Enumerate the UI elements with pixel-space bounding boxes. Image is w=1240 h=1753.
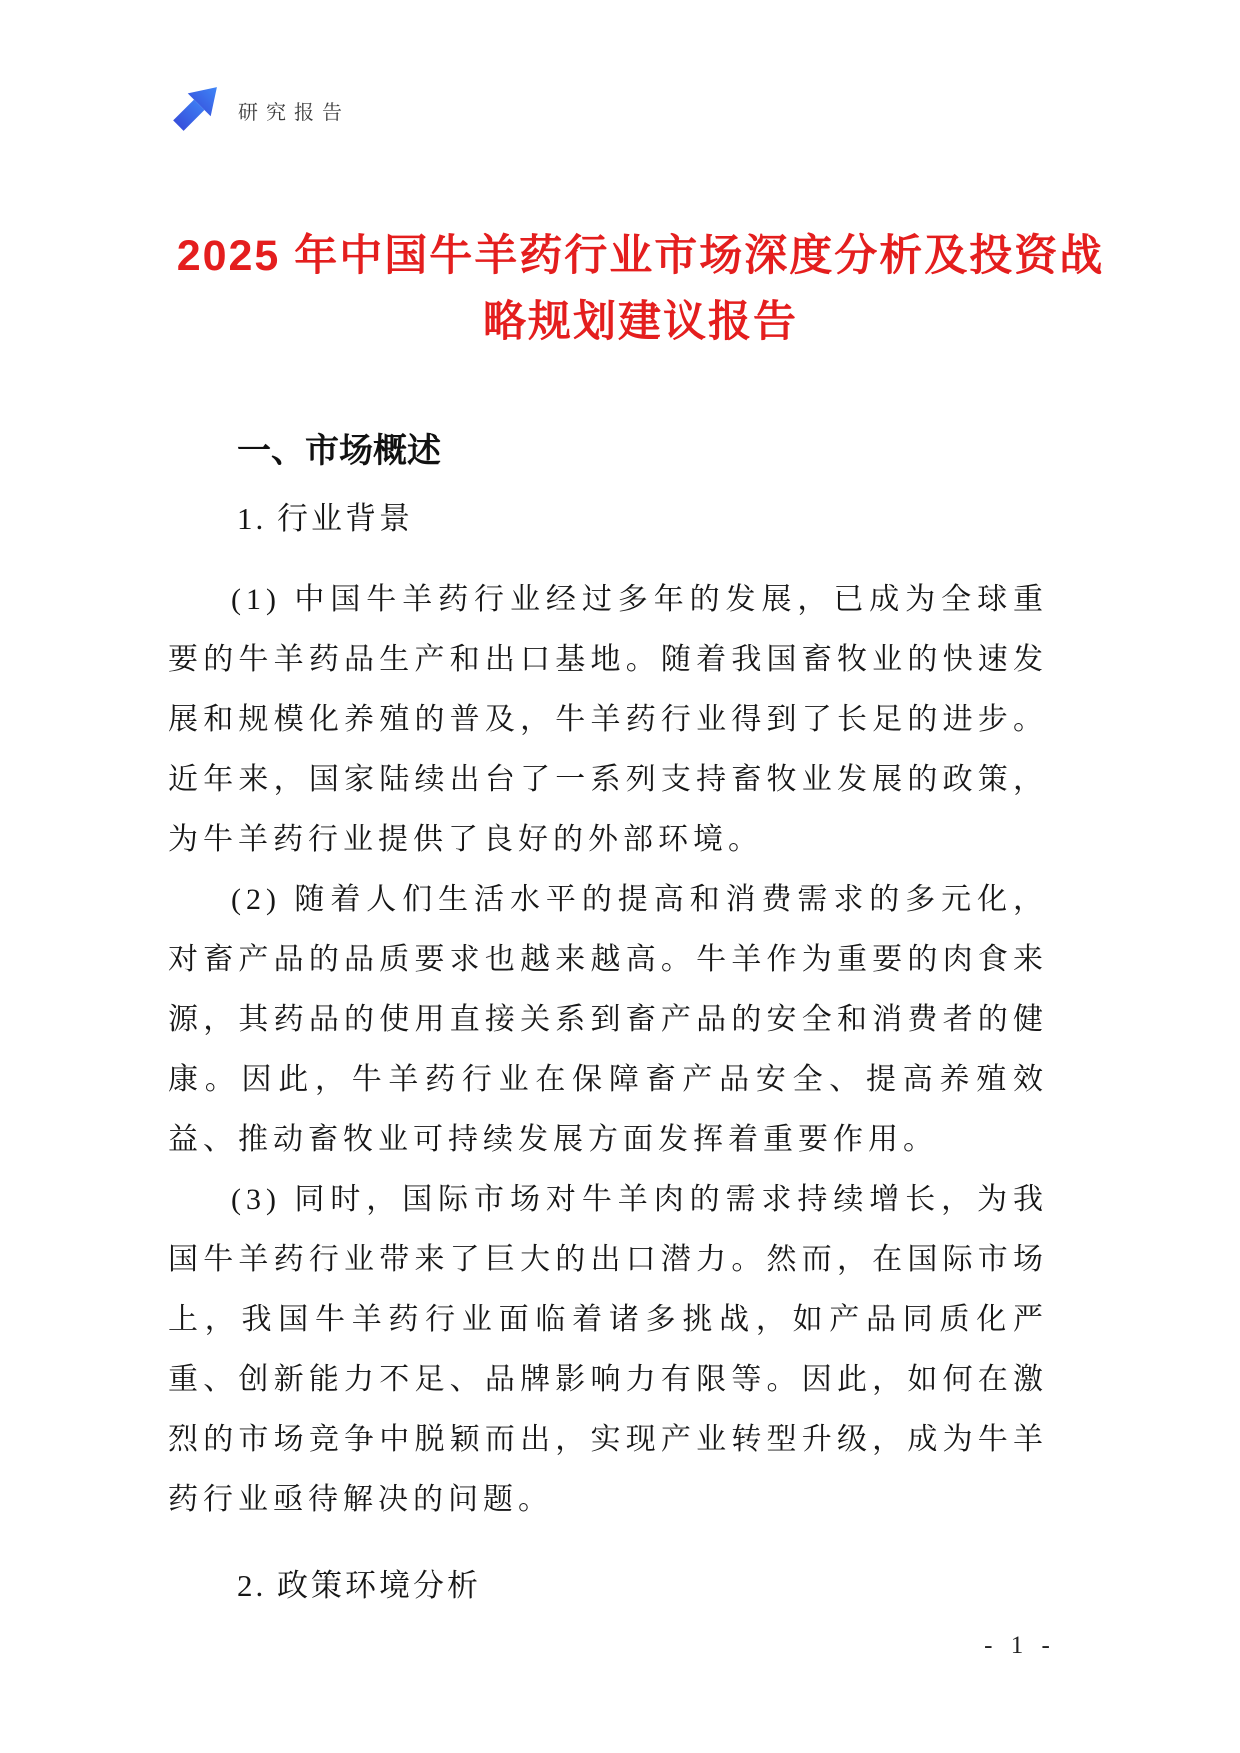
brand-label: 研究报告 xyxy=(238,96,350,125)
section-heading-market-overview: 一、市场概述 xyxy=(168,431,1048,471)
page-number: - 1 - xyxy=(925,1632,1115,1660)
paragraph-3: (3) 同时，国际市场对牛羊肉的需求持续增长，为我国牛羊药行业带来了巨大的出口潜… xyxy=(168,1170,1048,1530)
subsection-heading-industry-background: 1. 行业背景 xyxy=(168,499,1048,539)
brand-logo: 研究报告 xyxy=(168,85,1048,135)
document-page: 研究报告 2025 年中国牛羊药行业市场深度分析及投资战略规划建议报告 一、市场… xyxy=(0,0,1240,1753)
paragraph-1: (1) 中国牛羊药行业经过多年的发展，已成为全球重要的牛羊药品生产和出口基地。随… xyxy=(168,570,1048,870)
arrow-up-right-icon xyxy=(168,85,220,135)
page-title: 2025 年中国牛羊药行业市场深度分析及投资战略规划建议报告 xyxy=(168,223,1113,355)
subsection-heading-policy-environment: 2. 政策环境分析 xyxy=(168,1566,1048,1606)
body-text: (1) 中国牛羊药行业经过多年的发展，已成为全球重要的牛羊药品生产和出口基地。随… xyxy=(168,570,1048,1530)
paragraph-2: (2) 随着人们生活水平的提高和消费需求的多元化，对畜产品的品质要求也越来越高。… xyxy=(168,870,1048,1170)
